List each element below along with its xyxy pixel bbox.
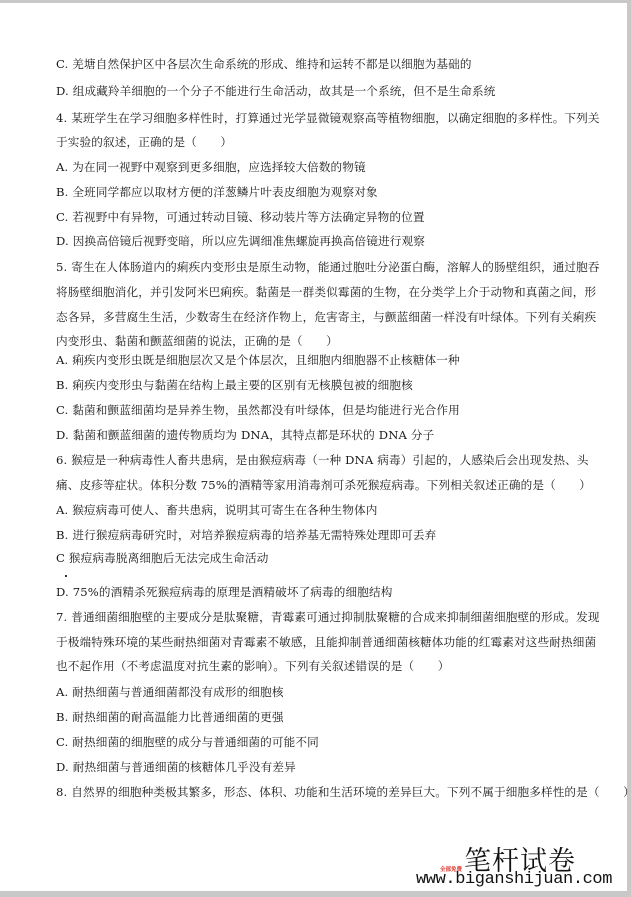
text-line-q5-stem-3: 态各异，多营腐生生活，少数寄生在经济作物上，危害寄主，与颤蓝细菌一样没有叶绿体。… (56, 309, 596, 325)
text-line-q7-stem-2: 于极端特殊环境的某些耐热细菌对青霉素不敏感，且能抑制普通细菌核糖体功能的红霉素对… (56, 634, 596, 650)
text-line-q5-stem-4: 内变形虫、黏菌和颤蓝细菌的说法，正确的是（ ） (56, 333, 338, 349)
text-line-q7-stem-3: 也不起作用（不考虑温度对抗生素的影响）。下列有关叙述错误的是（ ） (56, 658, 450, 674)
text-line-q5b: B. 痢疾内变形虫与黏菌在结构上最主要的区别有无核膜包被的细胞核 (56, 377, 413, 393)
document-page: C. 羌塘自然保护区中各层次生命系统的形成、维持和运转不都是以细胞为基础的D. … (0, 3, 627, 891)
watermark-logo: 笔杆试卷 全部免费 www.biganshijuan.com (440, 839, 590, 889)
text-line-q3d: D. 组成藏羚羊细胞的一个分子不能进行生命活动，故其是一个系统，但不是生命系统 (56, 83, 495, 99)
text-line-q8-stem-1: 8. 自然界的细胞种类极其繁多，形态、体积、功能和生活环境的差异巨大。下列不属于… (56, 784, 631, 800)
text-line-q7d: D. 耐热细菌与普通细菌的核糖体几乎没有差异 (56, 759, 296, 775)
text-line-q5-stem-2: 将肠壁细胞消化，并引发阿米巴痢疾。黏菌是一群类似霉菌的生物，在分类学上介于动物和… (56, 284, 596, 300)
text-line-q4-stem-1: 4. 某班学生在学习细胞多样性时，打算通过光学显微镜观察高等植物细胞，以确定细胞… (56, 110, 600, 126)
text-line-q7c: C. 耐热细菌的细胞壁的成分与普通细菌的可能不同 (56, 734, 319, 750)
text-line-q4b: B. 全班同学都应以取材方便的洋葱鳞片叶表皮细胞为观察对象 (56, 184, 378, 200)
text-line-q6-stem-1: 6. 猴痘是一种病毒性人畜共患病，是由猴痘病毒（一种 DNA 病毒）引起的，人感… (56, 452, 589, 468)
text-line-q4d: D. 因换高倍镜后视野变暗，所以应先调细准焦螺旋再换高倍镜进行观察 (56, 233, 425, 249)
text-line-q7-stem-1: 7. 普通细菌细胞壁的主要成分是肽聚糖，青霉素可通过抑制肽聚糖的合成来抑制细菌细… (56, 609, 600, 625)
watermark-url: www.biganshijuan.com (416, 870, 612, 889)
text-line-q5d: D. 黏菌和颤蓝细菌的遗传物质均为 DNA，其特点都是环状的 DNA 分子 (56, 427, 434, 443)
text-line-q6d: D. 75%的酒精杀死猴痘病毒的原理是酒精破坏了病毒的细胞结构 (56, 584, 393, 600)
text-line-q5c: C. 黏菌和颤蓝细菌均是异养生物，虽然都没有叶绿体，但是均能进行光合作用 (56, 402, 460, 418)
text-line-q4a: A. 为在同一视野中观察到更多细胞，应选择较大倍数的物镜 (56, 159, 366, 175)
text-line-q5a: A. 痢疾内变形虫既是细胞层次又是个体层次，且细胞内细胞器不止核糖体一种 (56, 352, 460, 368)
text-line-q6c: C 猴痘病毒脱离细胞后无法完成生命活动 (56, 550, 269, 566)
text-line-q4-stem-2: 于实验的叙述，正确的是（ ） (56, 134, 232, 150)
text-line-q6a: A. 猴痘病毒可使人、畜共患病，说明其可寄生在各种生物体内 (56, 502, 378, 518)
text-line-q6-stem-2: 痛、皮疹等症状。体积分数 75%的酒精等家用消毒剂可杀死猴痘病毒。下列相关叙述正… (56, 477, 591, 493)
text-line-q4c: C. 若视野中有异物，可通过转动目镜、移动装片等方法确定异物的位置 (56, 209, 425, 225)
text-line-q6b: B. 进行猴痘病毒研究时，对培养猴痘病毒的培养基无需特殊处理即可丢弃 (56, 527, 436, 543)
text-line-q3c: C. 羌塘自然保护区中各层次生命系统的形成、维持和运转不都是以细胞为基础的 (56, 56, 472, 72)
text-line-q7b: B. 耐热细菌的耐高温能力比普通细菌的更强 (56, 709, 284, 725)
stray-dot (65, 575, 67, 577)
text-line-q7a: A. 耐热细菌与普通细菌都没有成形的细胞核 (56, 684, 284, 700)
text-line-q5-stem-1: 5. 寄生在人体肠道内的痢疾内变形虫是原生动物，能通过胞吐分泌蛋白酶，溶解人的肠… (56, 259, 600, 275)
